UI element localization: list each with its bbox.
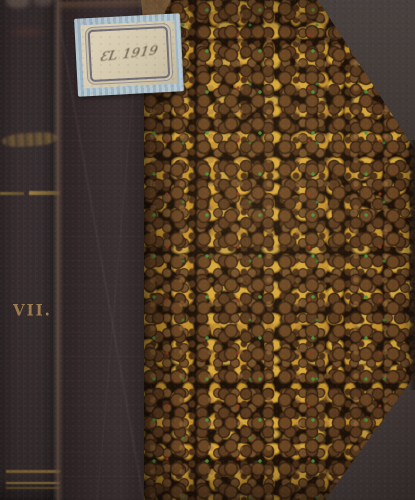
gilt-rule xyxy=(6,482,60,484)
fore-edge-shadow xyxy=(409,140,415,390)
headband-highlight xyxy=(6,0,30,8)
gilt-rule xyxy=(0,192,24,195)
label-paper: ƐL 1919 xyxy=(80,21,177,89)
gilt-rule xyxy=(6,487,60,489)
gilt-rule xyxy=(6,470,60,473)
gap-between-books xyxy=(53,0,64,500)
neighbor-book-spine xyxy=(0,0,58,500)
shelf-label: ƐL 1919 xyxy=(74,13,184,96)
headband-highlight xyxy=(33,0,53,6)
book-photo: VII. ƐL 1919 xyxy=(0,0,415,500)
label-handwriting: ƐL 1919 xyxy=(76,17,181,92)
spine-volume-number: VII. xyxy=(13,300,52,319)
